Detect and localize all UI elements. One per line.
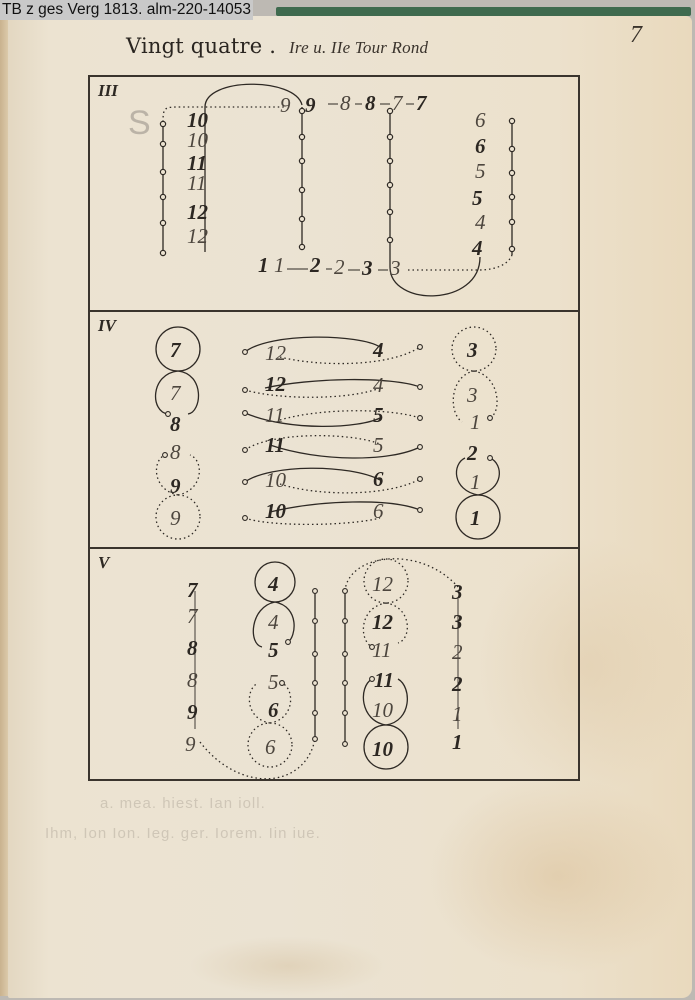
dancer-number: 8 [340,91,351,115]
dancer-number: 8 [365,91,376,115]
dancer-number: 12 [187,224,209,248]
dancer-number: 4 [475,210,486,234]
dancer-number: 1 [258,253,269,277]
dancer-number: 10 [372,737,394,761]
dancer-number: 1 [274,253,285,277]
panel-iii: III [90,77,578,310]
title-main: Vingt quatre . [126,34,276,58]
dancer-number: 11 [265,433,285,457]
dancer-number: 11 [372,638,391,662]
dancer-number: 10 [187,128,209,152]
dancer-number: 8 [170,412,181,436]
dancer-number: 1 [470,410,481,434]
dancer-number: 10 [372,698,394,722]
dancer-number: 7 [416,91,428,115]
dancer-number: 1 [452,730,463,754]
dancer-number: 1 [452,702,463,726]
dancer-number: 2 [466,441,478,465]
dancer-number: 11 [265,403,284,427]
dancer-number: 7 [170,381,182,405]
dancer-number: 9 [280,93,291,117]
panel-v: V [90,547,578,779]
dancer-number: 3 [389,256,401,280]
dancer-number: 10 [265,468,287,492]
dancer-number: 12 [372,610,394,634]
dancer-number: 4 [268,610,279,634]
dancer-number: 9 [187,700,198,724]
title-subtitle: Ire u. IIe Tour Rond [289,38,428,57]
dancer-number: 8 [187,636,198,660]
dancer-number: 4 [267,572,279,596]
dancer-number: 7 [170,338,182,362]
dancer-number: 5 [373,403,384,427]
dancer-number: 1 [470,506,481,530]
dancer-number: 2 [452,640,463,664]
dancer-number: 12 [187,200,209,224]
dancer-number: 11 [374,668,394,692]
dancer-number: 6 [373,467,384,491]
dancer-number: 10 [265,499,287,523]
dancer-number: 12 [265,372,287,396]
dancer-number: 7 [187,578,199,602]
panel-iv: IV [90,310,578,547]
dancer-number: 1 [470,470,481,494]
dancer-number: 7 [392,91,404,115]
panel-v-figure: 7 7 8 8 9 9 4 4 5 5 6 6 12 12 11 11 10 1… [90,549,578,781]
dancer-number: 5 [268,638,279,662]
dancer-number: 5 [472,186,483,210]
dancer-number: 6 [268,698,279,722]
bleed-through-text: a. mea. hiest. Ian ioll. [100,795,266,812]
dancer-number: 6 [373,499,384,523]
dancer-number: 7 [187,604,199,628]
dancer-number: 8 [187,668,198,692]
dancer-number: 4 [372,338,384,362]
dancer-number: 5 [373,433,384,457]
dancer-number: 6 [475,108,486,132]
dancer-number: 9 [170,474,181,498]
dancer-number: 2 [309,253,321,277]
dancer-number: 9 [185,732,196,756]
panel-iv-figure: 7 7 8 8 9 9 12 12 11 11 10 10 4 4 5 5 6 … [90,312,578,549]
dancer-number: 5 [268,670,279,694]
dancer-number: 2 [334,255,345,279]
dance-figure-diagram: III [88,75,580,781]
page-title: Vingt quatre . Ire u. IIe Tour Rond [126,34,428,58]
image-caption: TB z ges Verg 1813. alm-220-14053 [0,0,253,20]
dancer-number: 9 [170,506,181,530]
book-cover-edge [276,7,691,16]
dancer-number: 9 [305,93,316,117]
dancer-number: 12 [265,341,287,365]
dancer-number: 5 [475,159,486,183]
dancer-number: 3 [466,383,478,407]
bleed-through-text: Ihm, Ion Ion. Ieg. ger. Iorem. Iin iue. [45,825,321,842]
page-number: 7 [630,22,642,49]
dancer-number: 4 [471,236,483,260]
dancer-number: 3 [451,610,463,634]
dancer-number: 2 [451,672,463,696]
dancer-number: 6 [475,134,486,158]
dancer-number: 8 [170,440,181,464]
dancer-number: 12 [372,572,394,596]
dancer-number: 4 [373,373,384,397]
dancer-number: 6 [265,735,276,759]
panel-iii-figure: 9 9 8 8 7 7 10 10 11 11 12 12 1 1 2 2 3 … [90,77,578,310]
dancer-number: 3 [451,580,463,604]
dancer-number: 3 [466,338,478,362]
dancer-number: 3 [361,256,373,280]
dancer-number: 11 [187,171,206,195]
